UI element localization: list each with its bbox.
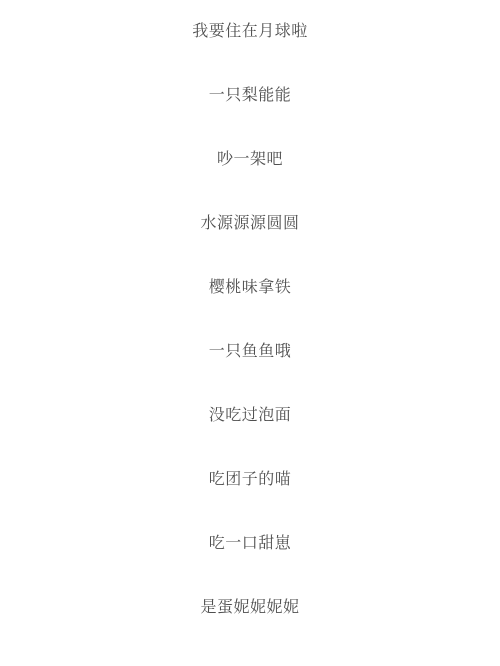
list-item: 一只梨能能 xyxy=(0,64,500,128)
list-item: 水源源源圆圆 xyxy=(0,192,500,256)
list-item: 没吃过泡面 xyxy=(0,384,500,448)
list-item: 樱桃味拿铁 xyxy=(0,256,500,320)
nickname-list: 我要住在月球啦 一只梨能能 吵一架吧 水源源源圆圆 樱桃味拿铁 一只鱼鱼哦 没吃… xyxy=(0,0,500,640)
list-item: 是蛋妮妮妮妮 xyxy=(0,576,500,640)
list-item: 吵一架吧 xyxy=(0,128,500,192)
list-item: 一只鱼鱼哦 xyxy=(0,320,500,384)
list-item: 吃团子的喵 xyxy=(0,448,500,512)
list-item: 吃一口甜崽 xyxy=(0,512,500,576)
list-item: 我要住在月球啦 xyxy=(0,0,500,64)
